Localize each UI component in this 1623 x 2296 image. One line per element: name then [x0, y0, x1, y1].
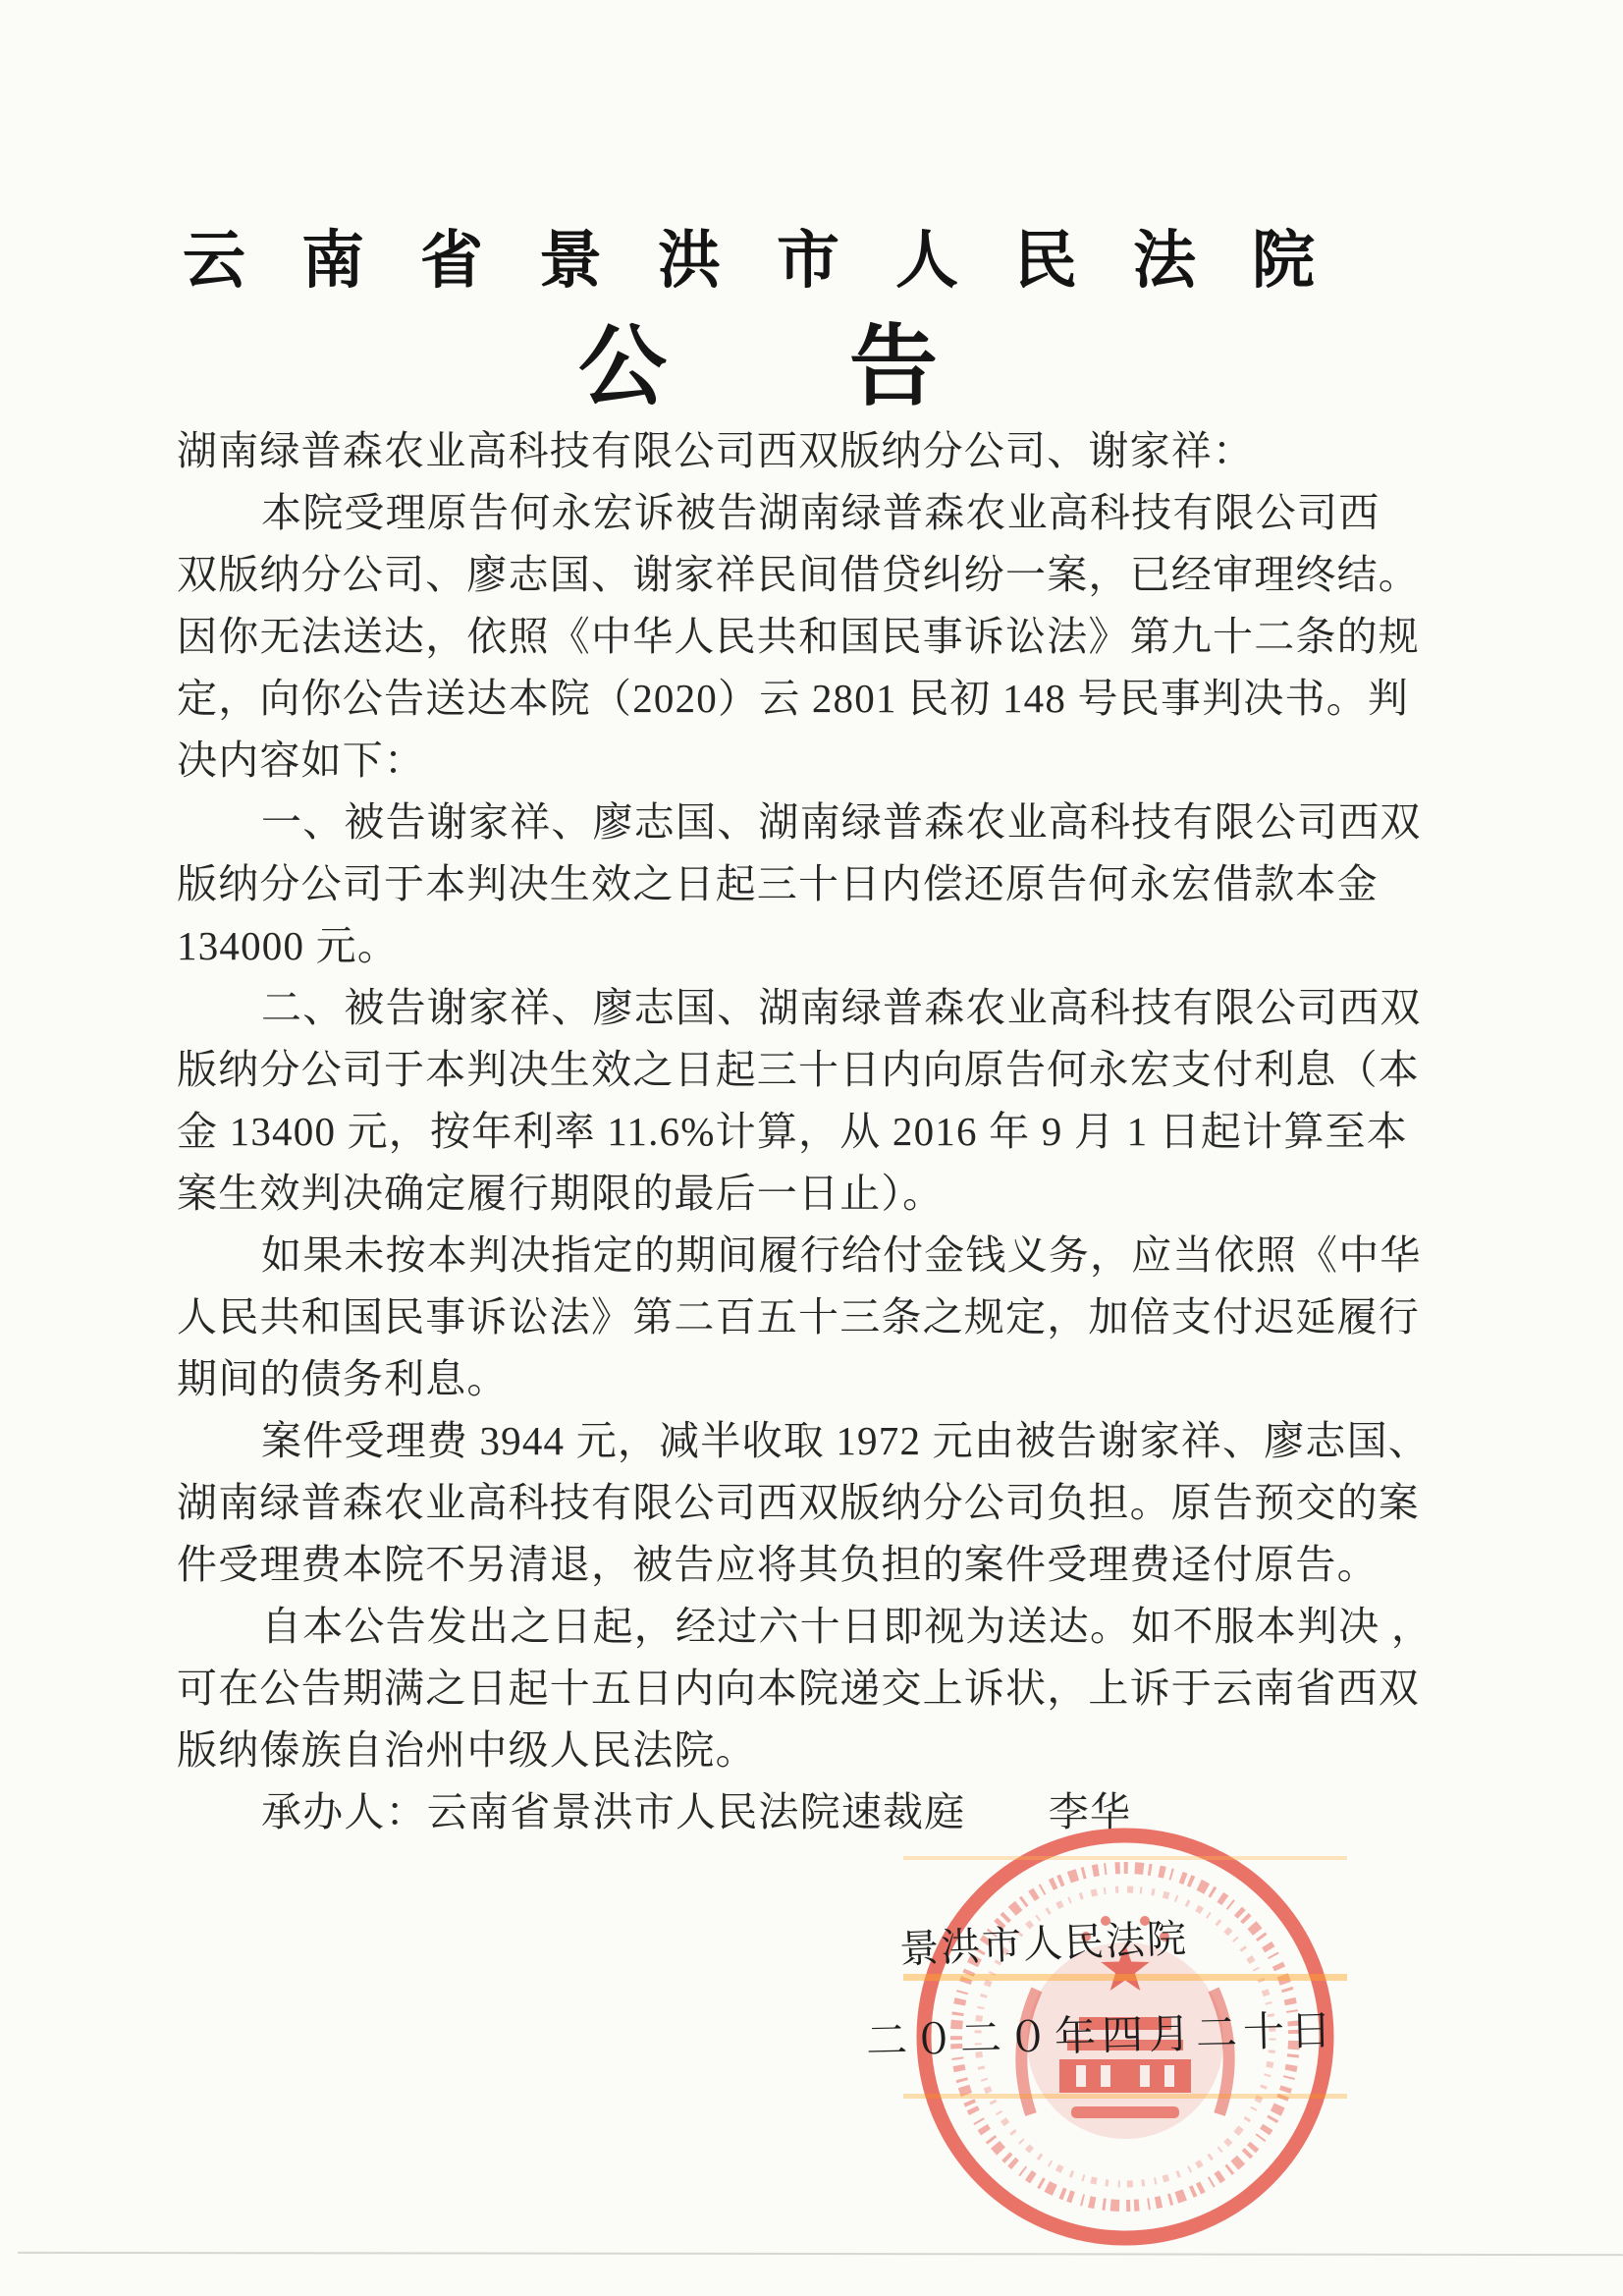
body-line: 金 13400 元，按年利率 11.6%计算，从 2016 年 9 月 1 日起… [177, 1101, 1335, 1163]
body-line: 定，向你公告送达本院（2020）云 2801 民初 148 号民事判决书。判 [177, 668, 1335, 730]
court-title: 云南省景洪市人民法院 [183, 210, 1371, 301]
body-line: 案件受理费 3944 元，减半收取 1972 元由被告谢家祥、廖志国、 [177, 1410, 1335, 1472]
body-line: 版纳分公司于本判决生效之日起三十日内向原告何永宏支付利息（本 [177, 1039, 1335, 1101]
body-line: 可在公告期满之日起十五日内向本院递交上诉状，上诉于云南省西双 [177, 1658, 1335, 1720]
seal-date: 二０二０年四月二十日 [865, 1998, 1337, 2068]
body-line: 如果未按本判决指定的期间履行给付金钱义务，应当依照《中华 [177, 1225, 1335, 1286]
body-line: 自本公告发出之日起，经过六十日即视为送达。如不服本判决 ， [177, 1596, 1335, 1658]
announcement-body: 湖南绿普森农业高科技有限公司西双版纳分公司、谢家祥： 本院受理原告何永宏诉被告湖… [177, 420, 1335, 1843]
body-line: 人民共和国民事诉讼法》第二百五十三条之规定，加倍支付迟延履行 [177, 1286, 1335, 1348]
body-line: 一、被告谢家祥、廖志国、湖南绿普森农业高科技有限公司西双 [177, 792, 1335, 853]
body-line: 二、被告谢家祥、廖志国、湖南绿普森农业高科技有限公司西双 [177, 977, 1335, 1039]
body-line: 本院受理原告何永宏诉被告湖南绿普森农业高科技有限公司西 [177, 482, 1335, 544]
body-line: 湖南绿普森农业高科技有限公司西双版纳分公司负担。原告预交的案 [177, 1472, 1335, 1534]
body-line: 案生效判决确定履行期限的最后一日止）。 [177, 1163, 1335, 1225]
body-line: 版纳傣族自治州中级人民法院。 [177, 1720, 1335, 1781]
body-line: 期间的债务利息。 [177, 1348, 1335, 1410]
seal-court-name: 景洪市人民法院 [898, 1907, 1189, 1974]
body-line: 134000 元。 [177, 915, 1335, 977]
body-line: 决内容如下： [177, 730, 1335, 792]
body-line: 件受理费本院不另清退，被告应将其负担的案件受理费迳付原告。 [177, 1534, 1335, 1596]
announcement-title: 公告 [578, 295, 1120, 422]
scan-artifact-line [18, 2252, 1623, 2256]
body-line: 湖南绿普森农业高科技有限公司西双版纳分公司、谢家祥： [177, 420, 1335, 482]
body-line: 双版纳分公司、廖志国、谢家祥民间借贷纠纷一案，已经审理终结。 [177, 544, 1335, 606]
body-line: 版纳分公司于本判决生效之日起三十日内偿还原告何永宏借款本金 [177, 853, 1335, 915]
announcement-page: 云南省景洪市人民法院 公告 湖南绿普森农业高科技有限公司西双版纳分公司、谢家祥：… [0, 0, 1623, 2296]
body-line: 因你无法送达，依照《中华人民共和国民事诉讼法》第九十二条的规 [177, 606, 1335, 668]
